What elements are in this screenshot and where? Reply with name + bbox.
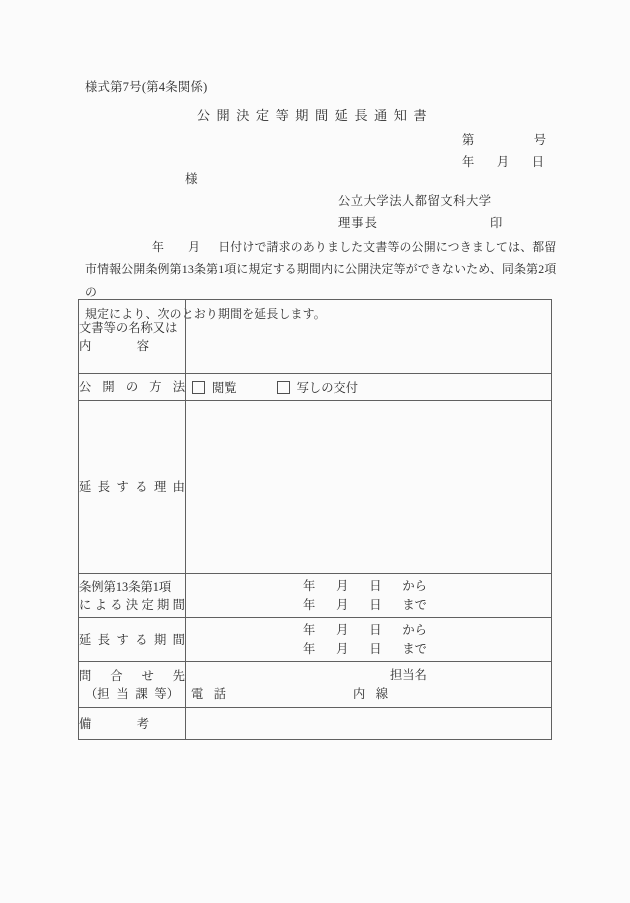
cell-remarks	[186, 708, 552, 740]
cell-decision-period: 年月日から 年月日まで	[186, 574, 552, 618]
issue-date-line: 年月日	[462, 152, 544, 170]
row-extension-reason: 延長する理由	[79, 401, 552, 574]
contact-phone-line: 電話 内線	[186, 685, 551, 704]
cell-extension-period: 年月日から 年月日まで	[186, 618, 552, 662]
extension-period-dates: 年月日から 年月日まで	[303, 621, 427, 659]
document-name-blank-area	[186, 300, 551, 373]
intro-gap	[164, 236, 188, 258]
intro-line-2: 市情報公開条例第13条第1項に規定する期間内に公開決定等ができないため、同条第2…	[85, 258, 563, 303]
intro-gap	[200, 236, 218, 258]
label-decision-period: 条例第13条第1項 による決定期間	[79, 574, 186, 618]
intro-month-blank: 月	[188, 236, 200, 258]
contact-info: 担当名 電話 内線	[186, 666, 551, 703]
sender-title: 理事長	[338, 213, 378, 231]
label-contact-line1: 問合せ先	[79, 667, 185, 685]
seal-mark: 印	[490, 213, 502, 231]
label-disclosure-method: 公開の方法	[79, 374, 186, 401]
disclosure-method-options: 閲覧 写しの交付	[186, 378, 551, 396]
decision-period-from: 年月日から	[303, 577, 427, 596]
inspection-option-label: 閲覧	[212, 378, 237, 396]
document-number-line: 第号	[462, 130, 546, 148]
label-decision-period-line2: による決定期間	[79, 596, 185, 614]
addressee-honorific: 様	[185, 168, 198, 187]
document-page: 様式第7号(第4条関係) 公開決定等期間延長通知書 第号 年月日 様 公立大学法…	[0, 0, 630, 903]
row-decision-period: 条例第13条第1項 による決定期間 年月日から 年月日まで	[79, 574, 552, 618]
sender-organization: 公立大学法人都留文科大学	[338, 191, 492, 209]
label-disclosure-method-text: 公開の方法	[79, 378, 185, 396]
label-document-name-line1: 文書等の名称又は	[79, 319, 185, 337]
label-remarks-text: 備考	[79, 715, 149, 733]
intro-indent	[85, 236, 152, 258]
intro-year-blank: 年	[152, 236, 164, 258]
label-extension-reason: 延長する理由	[79, 401, 186, 574]
label-contact: 問合せ先 （担当課等）	[79, 662, 186, 708]
row-disclosure-method: 公開の方法 閲覧 写しの交付	[79, 374, 552, 401]
intro-line-1-text: 日付けで請求のありました文書等の公開につきましては、都留	[218, 236, 556, 258]
inspection-checkbox-icon	[192, 381, 205, 394]
decision-period-to: 年月日まで	[303, 596, 427, 615]
remarks-blank-area	[186, 708, 551, 739]
cell-extension-reason	[186, 401, 552, 574]
label-extension-period-text: 延長する期間	[79, 631, 185, 649]
cell-contact: 担当名 電話 内線	[186, 662, 552, 708]
extension-reason-blank-area	[186, 401, 551, 573]
row-contact: 問合せ先 （担当課等） 担当名 電話 内線	[79, 662, 552, 708]
copy-delivery-checkbox-icon	[277, 381, 290, 394]
label-decision-period-line1: 条例第13条第1項	[79, 578, 185, 596]
row-remarks: 備考	[79, 708, 552, 740]
label-document-name-line2: 内容	[79, 337, 149, 355]
extension-period-from: 年月日から	[303, 621, 427, 640]
label-remarks: 備考	[79, 708, 186, 740]
extension-period-to: 年月日まで	[303, 640, 427, 659]
label-extension-reason-text: 延長する理由	[79, 478, 185, 496]
form-number: 様式第7号(第4条関係)	[85, 77, 207, 95]
intro-line-1: 年 月 日付けで請求のありました文書等の公開につきましては、都留	[85, 236, 563, 258]
label-document-name: 文書等の名称又は 内容	[79, 300, 186, 374]
cell-document-name	[186, 300, 552, 374]
label-extension-period: 延長する期間	[79, 618, 186, 662]
decision-period-dates: 年月日から 年月日まで	[303, 577, 427, 615]
contact-staff-name-label: 担当名	[390, 666, 551, 685]
copy-delivery-option-label: 写しの交付	[297, 378, 359, 396]
label-contact-line2: （担当課等）	[79, 685, 185, 703]
cell-disclosure-method: 閲覧 写しの交付	[186, 374, 552, 401]
phone-blank-space	[226, 685, 353, 704]
notice-table: 文書等の名称又は 内容 公開の方法 閲覧 写しの交付 延長	[78, 299, 552, 740]
phone-label: 電話	[191, 685, 226, 704]
extension-label: 内線	[353, 685, 388, 704]
row-extension-period: 延長する期間 年月日から 年月日まで	[79, 618, 552, 662]
row-document-name: 文書等の名称又は 内容	[79, 300, 552, 374]
document-title: 公開決定等期間延長通知書	[0, 105, 630, 124]
